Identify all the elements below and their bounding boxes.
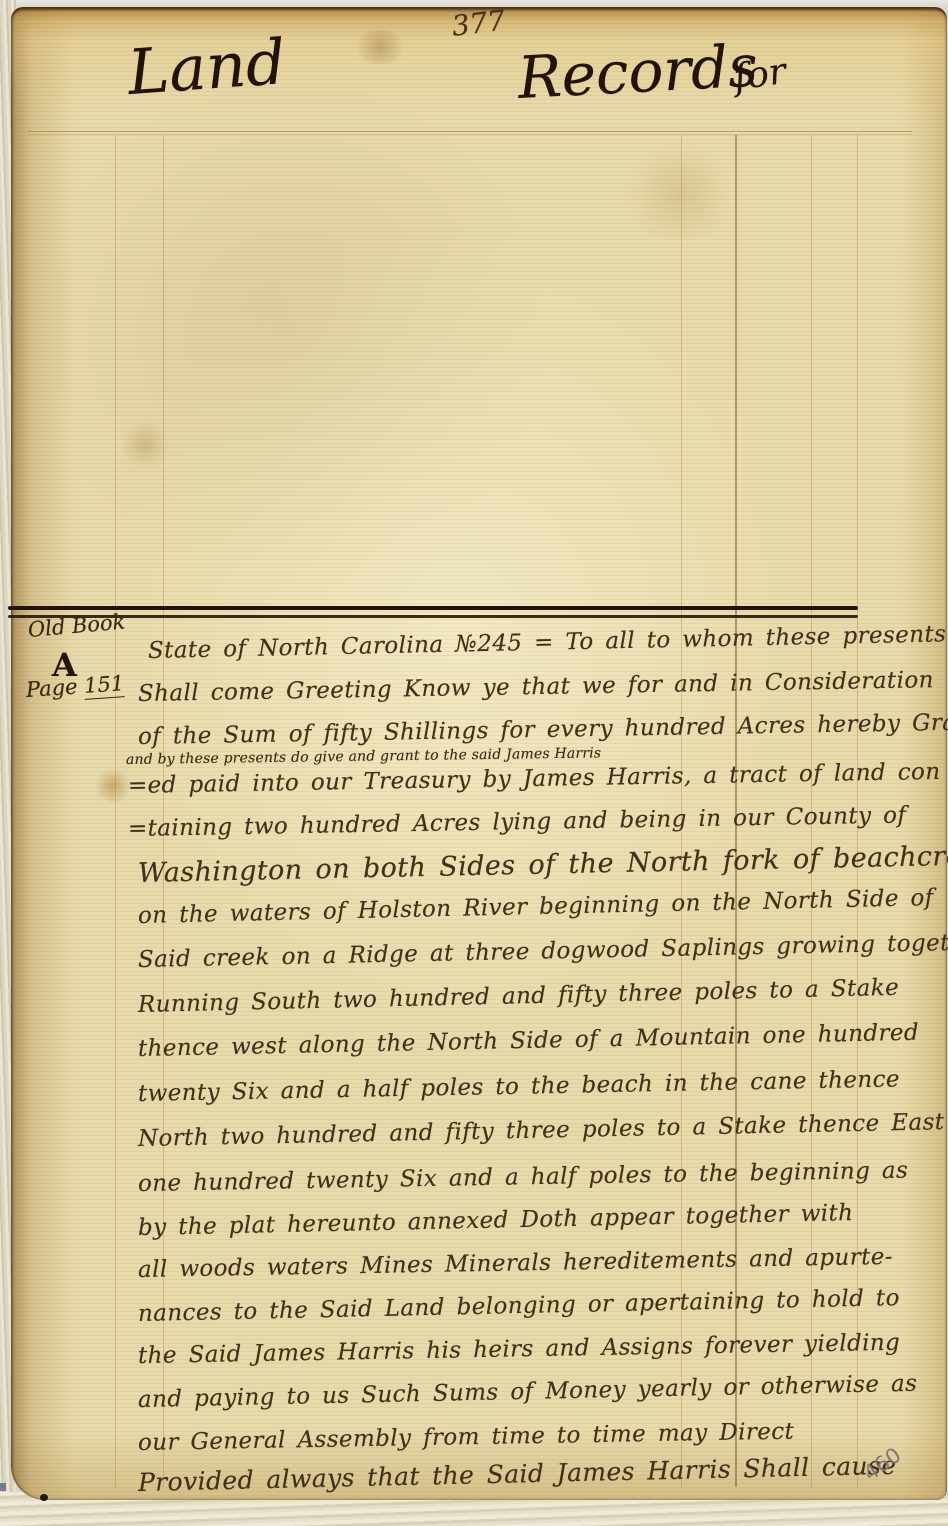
ledger-column-rule — [115, 135, 116, 1487]
scanned-ledger-page: 377 Land Records for Old Book A Page 151… — [0, 0, 948, 1526]
page-title-records: Records — [516, 31, 759, 111]
page-title-for: for — [731, 51, 788, 99]
header-rule — [28, 131, 912, 132]
page-title-land: Land — [125, 25, 287, 109]
ink-blot — [40, 1494, 48, 1501]
margin-page-number: 151 — [83, 671, 125, 700]
folio-number: 377 — [450, 4, 507, 43]
entry-divider-rule — [8, 606, 858, 610]
header-rule-faint — [28, 134, 912, 135]
ledger-column-rule — [163, 135, 164, 1487]
entry-divider-rule — [8, 615, 858, 618]
margin-page-word: Page — [25, 674, 78, 702]
blue-edge-mark — [0, 1483, 6, 1491]
